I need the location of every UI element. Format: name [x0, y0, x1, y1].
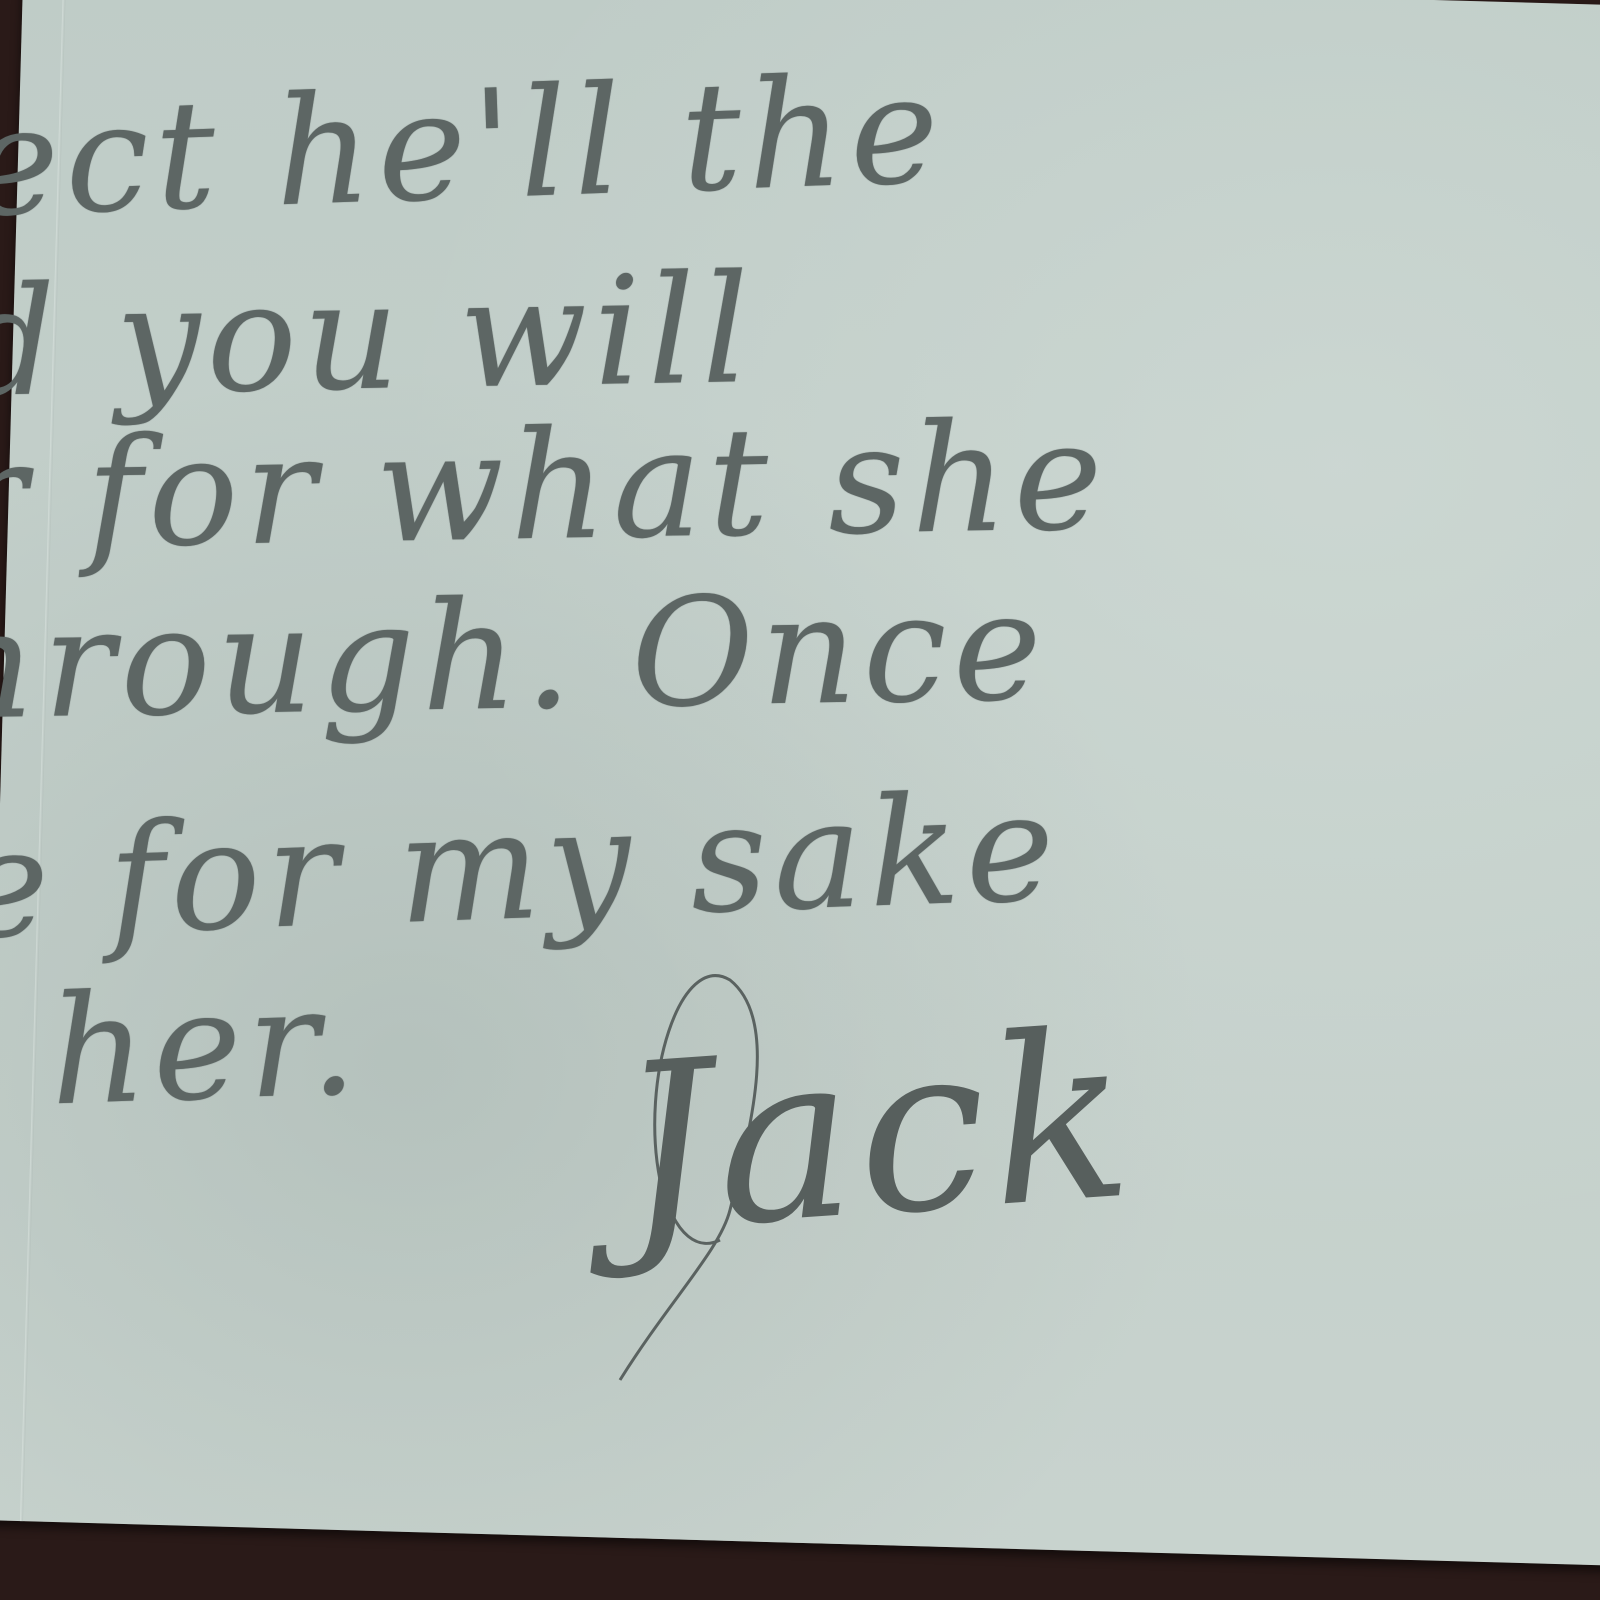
letter-line-6: her.	[47, 955, 365, 1140]
signature-jack: Jack	[611, 982, 1142, 1284]
letter-line-3: r for what she	[0, 390, 1110, 584]
letter-line-4: hrough. Once	[0, 560, 1049, 753]
photo-scene: ect he'll the d you will r for what she …	[0, 0, 1600, 1600]
letter-line-1: ect he'll the	[0, 43, 947, 251]
